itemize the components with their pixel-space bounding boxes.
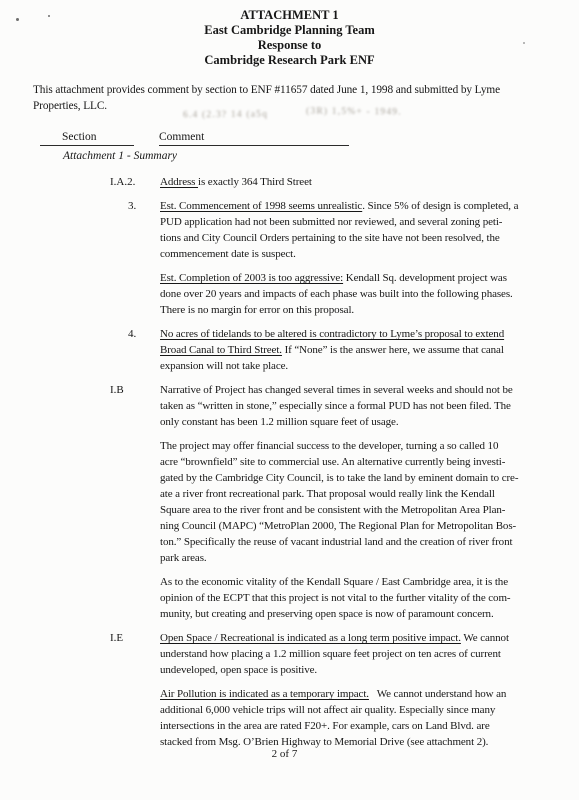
comment-line: Est. Completion of 2003 is too aggressiv… [160, 270, 518, 286]
comment-paragraph: Narrative of Project has changed several… [160, 382, 518, 430]
comment-paragraph: No acres of tidelands to be altered is c… [160, 326, 504, 374]
comment-rows: I.A.2.Address is exactly 364 Third Stree… [0, 174, 579, 750]
underlined-text: Est. Commencement of 1998 seems unrealis… [160, 200, 362, 212]
comment-line: Narrative of Project has changed several… [160, 382, 518, 398]
table-row: I.EOpen Space / Recreational is indicate… [0, 630, 579, 750]
plain-text: If “None” is the answer here, we assume … [282, 344, 504, 356]
comment-paragraph: Open Space / Recreational is indicated a… [160, 630, 509, 678]
intro-paragraph: This attachment provides comment by sect… [33, 82, 567, 114]
plain-text: . Since 5% of design is completed, a [362, 200, 518, 212]
comment-paragraph: Est. Completion of 2003 is too aggressiv… [160, 270, 518, 318]
plain-text: is exactly 364 Third Street [198, 176, 312, 188]
comment-line: There is no margin for error on this pro… [160, 302, 518, 318]
comment-cell: Narrative of Project has changed several… [160, 382, 518, 622]
comment-line: ate a river front recreational park. Tha… [160, 486, 518, 502]
intro-line-2: Properties, LLC. [33, 98, 567, 114]
plain-text: only constant has been 1.2 million squar… [160, 416, 398, 428]
plain-text: commencement date is suspect. [160, 248, 296, 260]
scan-speck-artifact [16, 18, 19, 21]
table-row: 4.No acres of tidelands to be altered is… [0, 326, 579, 374]
table-row: I.BNarrative of Project has changed seve… [0, 382, 579, 622]
comment-cell: Open Space / Recreational is indicated a… [160, 630, 509, 750]
comment-line: Square area to the river front and be co… [160, 502, 518, 518]
comment-line: tions and City Council Orders pertaining… [160, 230, 518, 246]
column-headers: Section Comment [40, 130, 579, 146]
comment-paragraph: The project may offer financial success … [160, 438, 518, 566]
comment-cell: No acres of tidelands to be altered is c… [160, 326, 504, 374]
plain-text: We cannot [461, 632, 509, 644]
plain-text: As to the economic vitality of the Kenda… [160, 576, 508, 588]
comment-paragraph: Est. Commencement of 1998 seems unrealis… [160, 198, 518, 262]
comment-line: Address is exactly 364 Third Street [160, 174, 312, 190]
plain-text: Narrative of Project has changed several… [160, 384, 513, 396]
comment-line: park areas. [160, 550, 518, 566]
comment-line: taken as “written in stone,” especially … [160, 398, 518, 414]
plain-text: ate a river front recreational park. Tha… [160, 488, 495, 500]
comment-line: done over 20 years and impacts of each p… [160, 286, 518, 302]
comment-paragraph: Air Pollution is indicated as a temporar… [160, 686, 509, 750]
underlined-text: Est. Completion of 2003 is too aggressiv… [160, 272, 343, 284]
section-label: I.A.2. [110, 174, 160, 190]
plain-text: The project may offer financial success … [160, 440, 498, 452]
organization-name: East Cambridge Planning Team [0, 23, 579, 38]
plain-text: taken as “written in stone,” especially … [160, 400, 511, 412]
page-number: 2 of 7 [0, 748, 569, 760]
document-title-block: ATTACHMENT 1 East Cambridge Planning Tea… [0, 0, 579, 68]
underlined-text: Broad Canal to Third Street. [160, 344, 282, 356]
scan-speck-artifact [523, 42, 525, 44]
section-label: I.B [110, 382, 160, 622]
comment-line: undeveloped, open space is positive. [160, 662, 509, 678]
comment-line: expansion will not take place. [160, 358, 504, 374]
scan-speck-artifact [48, 15, 50, 17]
underlined-text: Air Pollution is indicated as a temporar… [160, 688, 369, 700]
comment-line: Open Space / Recreational is indicated a… [160, 630, 509, 646]
comment-line: ton.” Specifically the reuse of vacant i… [160, 534, 518, 550]
underlined-text: Open Space / Recreational is indicated a… [160, 632, 461, 644]
comment-cell: Est. Commencement of 1998 seems unrealis… [160, 198, 518, 318]
plain-text: ning Council (MAPC) “MetroPlan 2000, The… [160, 520, 516, 532]
comment-line: Est. Commencement of 1998 seems unrealis… [160, 198, 518, 214]
comment-line: additional 6,000 vehicle trips will not … [160, 702, 509, 718]
comment-line: munity, but creating and preserving open… [160, 606, 518, 622]
plain-text: intersections in the area are rated F20+… [160, 720, 490, 732]
underlined-text: Address [160, 176, 198, 188]
comment-line: Air Pollution is indicated as a temporar… [160, 686, 509, 702]
intro-line-1: This attachment provides comment by sect… [33, 82, 567, 98]
plain-text: opinion of the ECPT that this project is… [160, 592, 510, 604]
comment-line: opinion of the ECPT that this project is… [160, 590, 518, 606]
plain-text: gated by the Cambridge City Council, is … [160, 472, 518, 484]
document-page: ATTACHMENT 1 East Cambridge Planning Tea… [0, 0, 579, 800]
plain-text: acre “brownfield” site to commercial use… [160, 456, 505, 468]
plain-text: munity, but creating and preserving open… [160, 608, 494, 620]
plain-text: Kendall Sq. development project was [343, 272, 507, 284]
scan-smudge-artifact: (3R) 1,5%+ - 1949. [306, 106, 402, 117]
comment-line: Broad Canal to Third Street. If “None” i… [160, 342, 504, 358]
section-column-header: Section [40, 130, 134, 146]
comment-line: PUD application had not been submitted n… [160, 214, 518, 230]
section-label: I.E [110, 630, 160, 750]
plain-text: There is no margin for error on this pro… [160, 304, 354, 316]
plain-text: done over 20 years and impacts of each p… [160, 288, 513, 300]
plain-text: additional 6,000 vehicle trips will not … [160, 704, 495, 716]
plain-text: undeveloped, open space is positive. [160, 664, 317, 676]
plain-text: park areas. [160, 552, 207, 564]
comment-line: No acres of tidelands to be altered is c… [160, 326, 504, 342]
plain-text: expansion will not take place. [160, 360, 288, 372]
comment-line: understand how placing a 1.2 million squ… [160, 646, 509, 662]
plain-text: We cannot understand how an [369, 688, 506, 700]
underlined-text: No acres of tidelands to be altered is c… [160, 328, 504, 340]
comment-line: acre “brownfield” site to commercial use… [160, 454, 518, 470]
plain-text: Square area to the river front and be co… [160, 504, 505, 516]
comment-cell: Address is exactly 364 Third Street [160, 174, 312, 190]
comment-line: only constant has been 1.2 million squar… [160, 414, 518, 430]
section-label: 4. [110, 326, 160, 374]
group-title: Attachment 1 - Summary [63, 149, 579, 164]
comment-paragraph: As to the economic vitality of the Kenda… [160, 574, 518, 622]
table-row: I.A.2.Address is exactly 364 Third Stree… [0, 174, 579, 190]
comment-line: commencement date is suspect. [160, 246, 518, 262]
comment-line: gated by the Cambridge City Council, is … [160, 470, 518, 486]
plain-text: stacked from Msg. O’Brien Highway to Mem… [160, 736, 488, 748]
plain-text: tions and City Council Orders pertaining… [160, 232, 500, 244]
plain-text: understand how placing a 1.2 million squ… [160, 648, 501, 660]
comment-line: ning Council (MAPC) “MetroPlan 2000, The… [160, 518, 518, 534]
attachment-title: ATTACHMENT 1 [0, 8, 579, 23]
table-row: 3.Est. Commencement of 1998 seems unreal… [0, 198, 579, 318]
comment-line: intersections in the area are rated F20+… [160, 718, 509, 734]
plain-text: ton.” Specifically the reuse of vacant i… [160, 536, 512, 548]
comment-line: As to the economic vitality of the Kenda… [160, 574, 518, 590]
comment-line: The project may offer financial success … [160, 438, 518, 454]
scan-smudge-artifact: 6.4 (2.3? 14 (a5q [183, 110, 268, 121]
section-label: 3. [110, 198, 160, 318]
comment-paragraph: Address is exactly 364 Third Street [160, 174, 312, 190]
plain-text: PUD application had not been submitted n… [160, 216, 502, 228]
comment-column-header: Comment [159, 130, 349, 146]
response-to-label: Response to [0, 38, 579, 53]
project-name: Cambridge Research Park ENF [0, 53, 579, 68]
